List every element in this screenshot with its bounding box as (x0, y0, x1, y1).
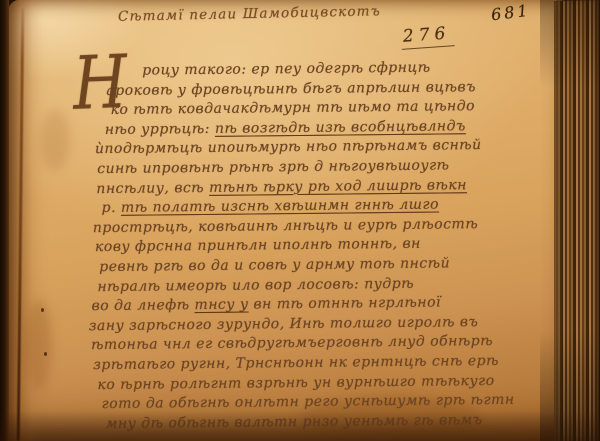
ink-speck (41, 308, 44, 312)
page-edge-shading (540, 0, 600, 441)
manuscript-text-block: роцу такого: ер пеу одегрѣ сфрнцѣароковѣ… (86, 58, 510, 435)
manuscript-photo: Сѣтамї пелаи Шамобицвскотъ 681 276 Н роц… (0, 0, 600, 441)
page-number: 276 (400, 23, 455, 50)
page-gutter (7, 0, 43, 441)
book-cover-edge (0, 0, 9, 441)
ink-speck (44, 352, 47, 356)
